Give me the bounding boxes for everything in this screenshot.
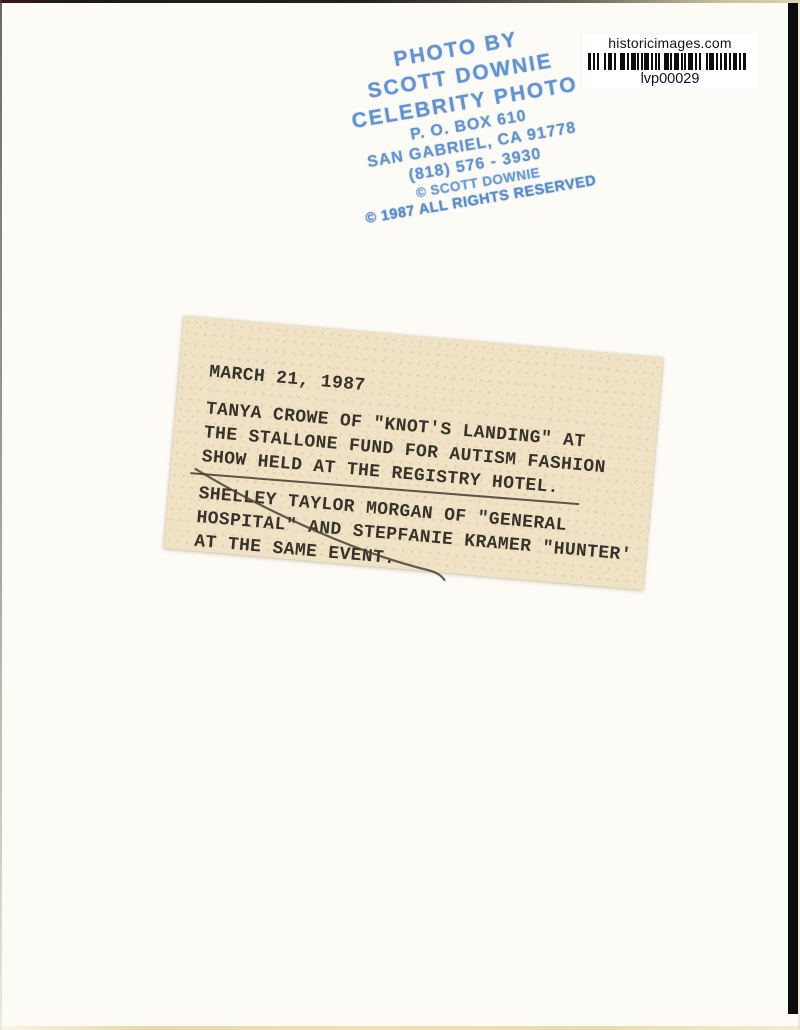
scan-edge-bottom bbox=[0, 1026, 800, 1030]
barcode-icon bbox=[588, 53, 752, 70]
barcode-sticker: historicimages.com lvp00029 bbox=[583, 34, 757, 88]
pen-slash-icon bbox=[187, 469, 453, 581]
scan-edge-left bbox=[0, 0, 2, 1030]
caption-sticker: MARCH 21, 1987 TANYA CROWE OF "KNOT'S LA… bbox=[164, 316, 663, 590]
photographer-stamp: PHOTO BY SCOTT DOWNIE CELEBRITY PHOTO P.… bbox=[330, 16, 605, 230]
barcode-site-text: historicimages.com bbox=[583, 34, 757, 52]
pen-marks bbox=[161, 316, 663, 617]
scan-edge-top bbox=[0, 0, 800, 3]
barcode-code-text: lvp00029 bbox=[583, 71, 757, 88]
photo-back-scan: PHOTO BY SCOTT DOWNIE CELEBRITY PHOTO P.… bbox=[0, 0, 800, 1030]
pen-underline-icon bbox=[190, 470, 579, 507]
barcode-bar bbox=[743, 53, 746, 70]
scan-edge-right bbox=[788, 0, 798, 1014]
